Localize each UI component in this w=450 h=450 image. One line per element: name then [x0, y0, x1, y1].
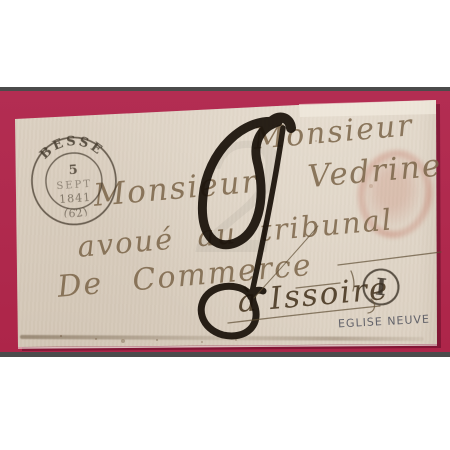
departure-datestamp: BESSE (62) 5 SEPT 1841 [27, 131, 121, 233]
cover-photo: Monsieur Monsieur Vedrine avoué au tribu… [0, 0, 450, 450]
rural-marking-letter: I [374, 274, 388, 302]
age-spots [60, 335, 62, 337]
svg-text:BESSE: BESSE [36, 132, 107, 163]
datestamp-day: 5 [68, 163, 78, 179]
datestamp-department: (62) [62, 204, 91, 221]
photo-frame-line-bottom [0, 352, 450, 357]
datestamp-year: 1841 [59, 191, 92, 206]
rural-decime-marking: I [356, 262, 407, 313]
svg-text:(62): (62) [62, 204, 91, 221]
datestamp-town: BESSE [36, 132, 107, 163]
